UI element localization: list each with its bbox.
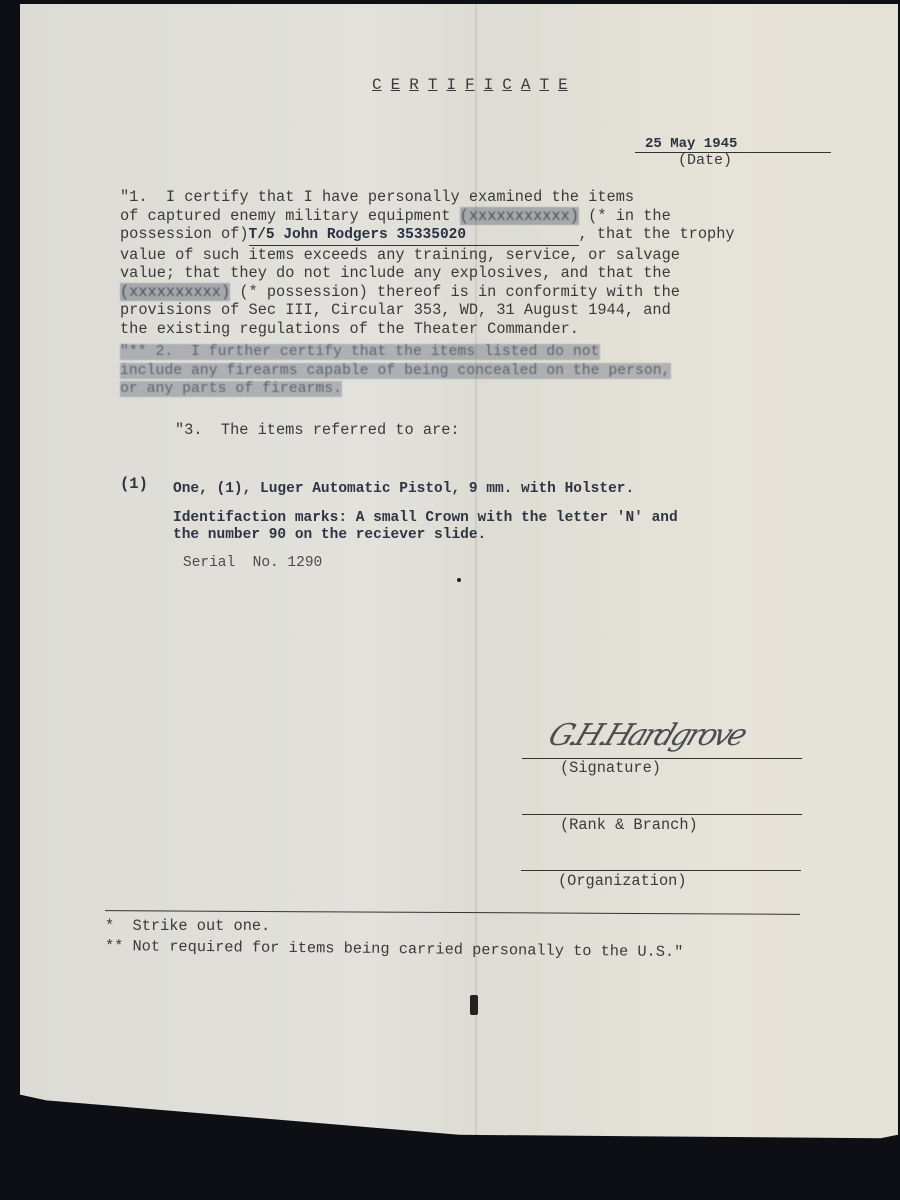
signature-label: (Signature) [560, 759, 661, 777]
organization-line [521, 870, 801, 871]
title-letter: E [558, 76, 568, 94]
title-letter: T [539, 76, 549, 94]
item-serial-number: Serial No. 1290 [183, 555, 322, 571]
struck-out-text: (xxxxxxxxxxx) [460, 207, 579, 225]
title-letter: E [391, 76, 401, 94]
title-letter: I [446, 76, 456, 94]
paper-fold-crease [475, 4, 477, 1152]
title-letter: A [521, 76, 531, 94]
item-identification-marks: Identifaction marks: A small Crown with … [173, 510, 678, 544]
struck-out-text: (xxxxxxxxxx) [120, 283, 230, 301]
paragraph-2-struck-out: "** 2. I further certify that the items … [120, 343, 671, 399]
signature: G.H.Hardgrove [544, 718, 750, 753]
title-letter: C [502, 76, 512, 94]
item-description: One, (1), Luger Automatic Pistol, 9 mm. … [173, 481, 634, 498]
rank-branch-label: (Rank & Branch) [560, 816, 698, 834]
ink-dot [457, 578, 461, 582]
possessor-name-field: T/5 John Rodgers 35335020 [249, 226, 579, 246]
title-letter: C [372, 76, 382, 94]
title-letter: R [409, 76, 419, 94]
date-line [635, 152, 831, 153]
paragraph-3: "3. The items referred to are: [175, 421, 460, 440]
title-letter: I [484, 76, 494, 94]
date-label: (Date) [678, 152, 732, 169]
date-value: 25 May 1945 [645, 136, 737, 152]
footnote-1: * Strike out one. [105, 916, 270, 936]
ink-blot [470, 995, 478, 1015]
document-title: CERTIFICATE [372, 76, 577, 94]
title-letter: F [465, 76, 475, 94]
organization-label: (Organization) [558, 872, 687, 890]
title-letter: T [428, 76, 438, 94]
item-number: (1) [120, 476, 148, 493]
paragraph-1: "1. I certify that I have personally exa… [120, 188, 735, 338]
rank-branch-line [522, 814, 802, 815]
